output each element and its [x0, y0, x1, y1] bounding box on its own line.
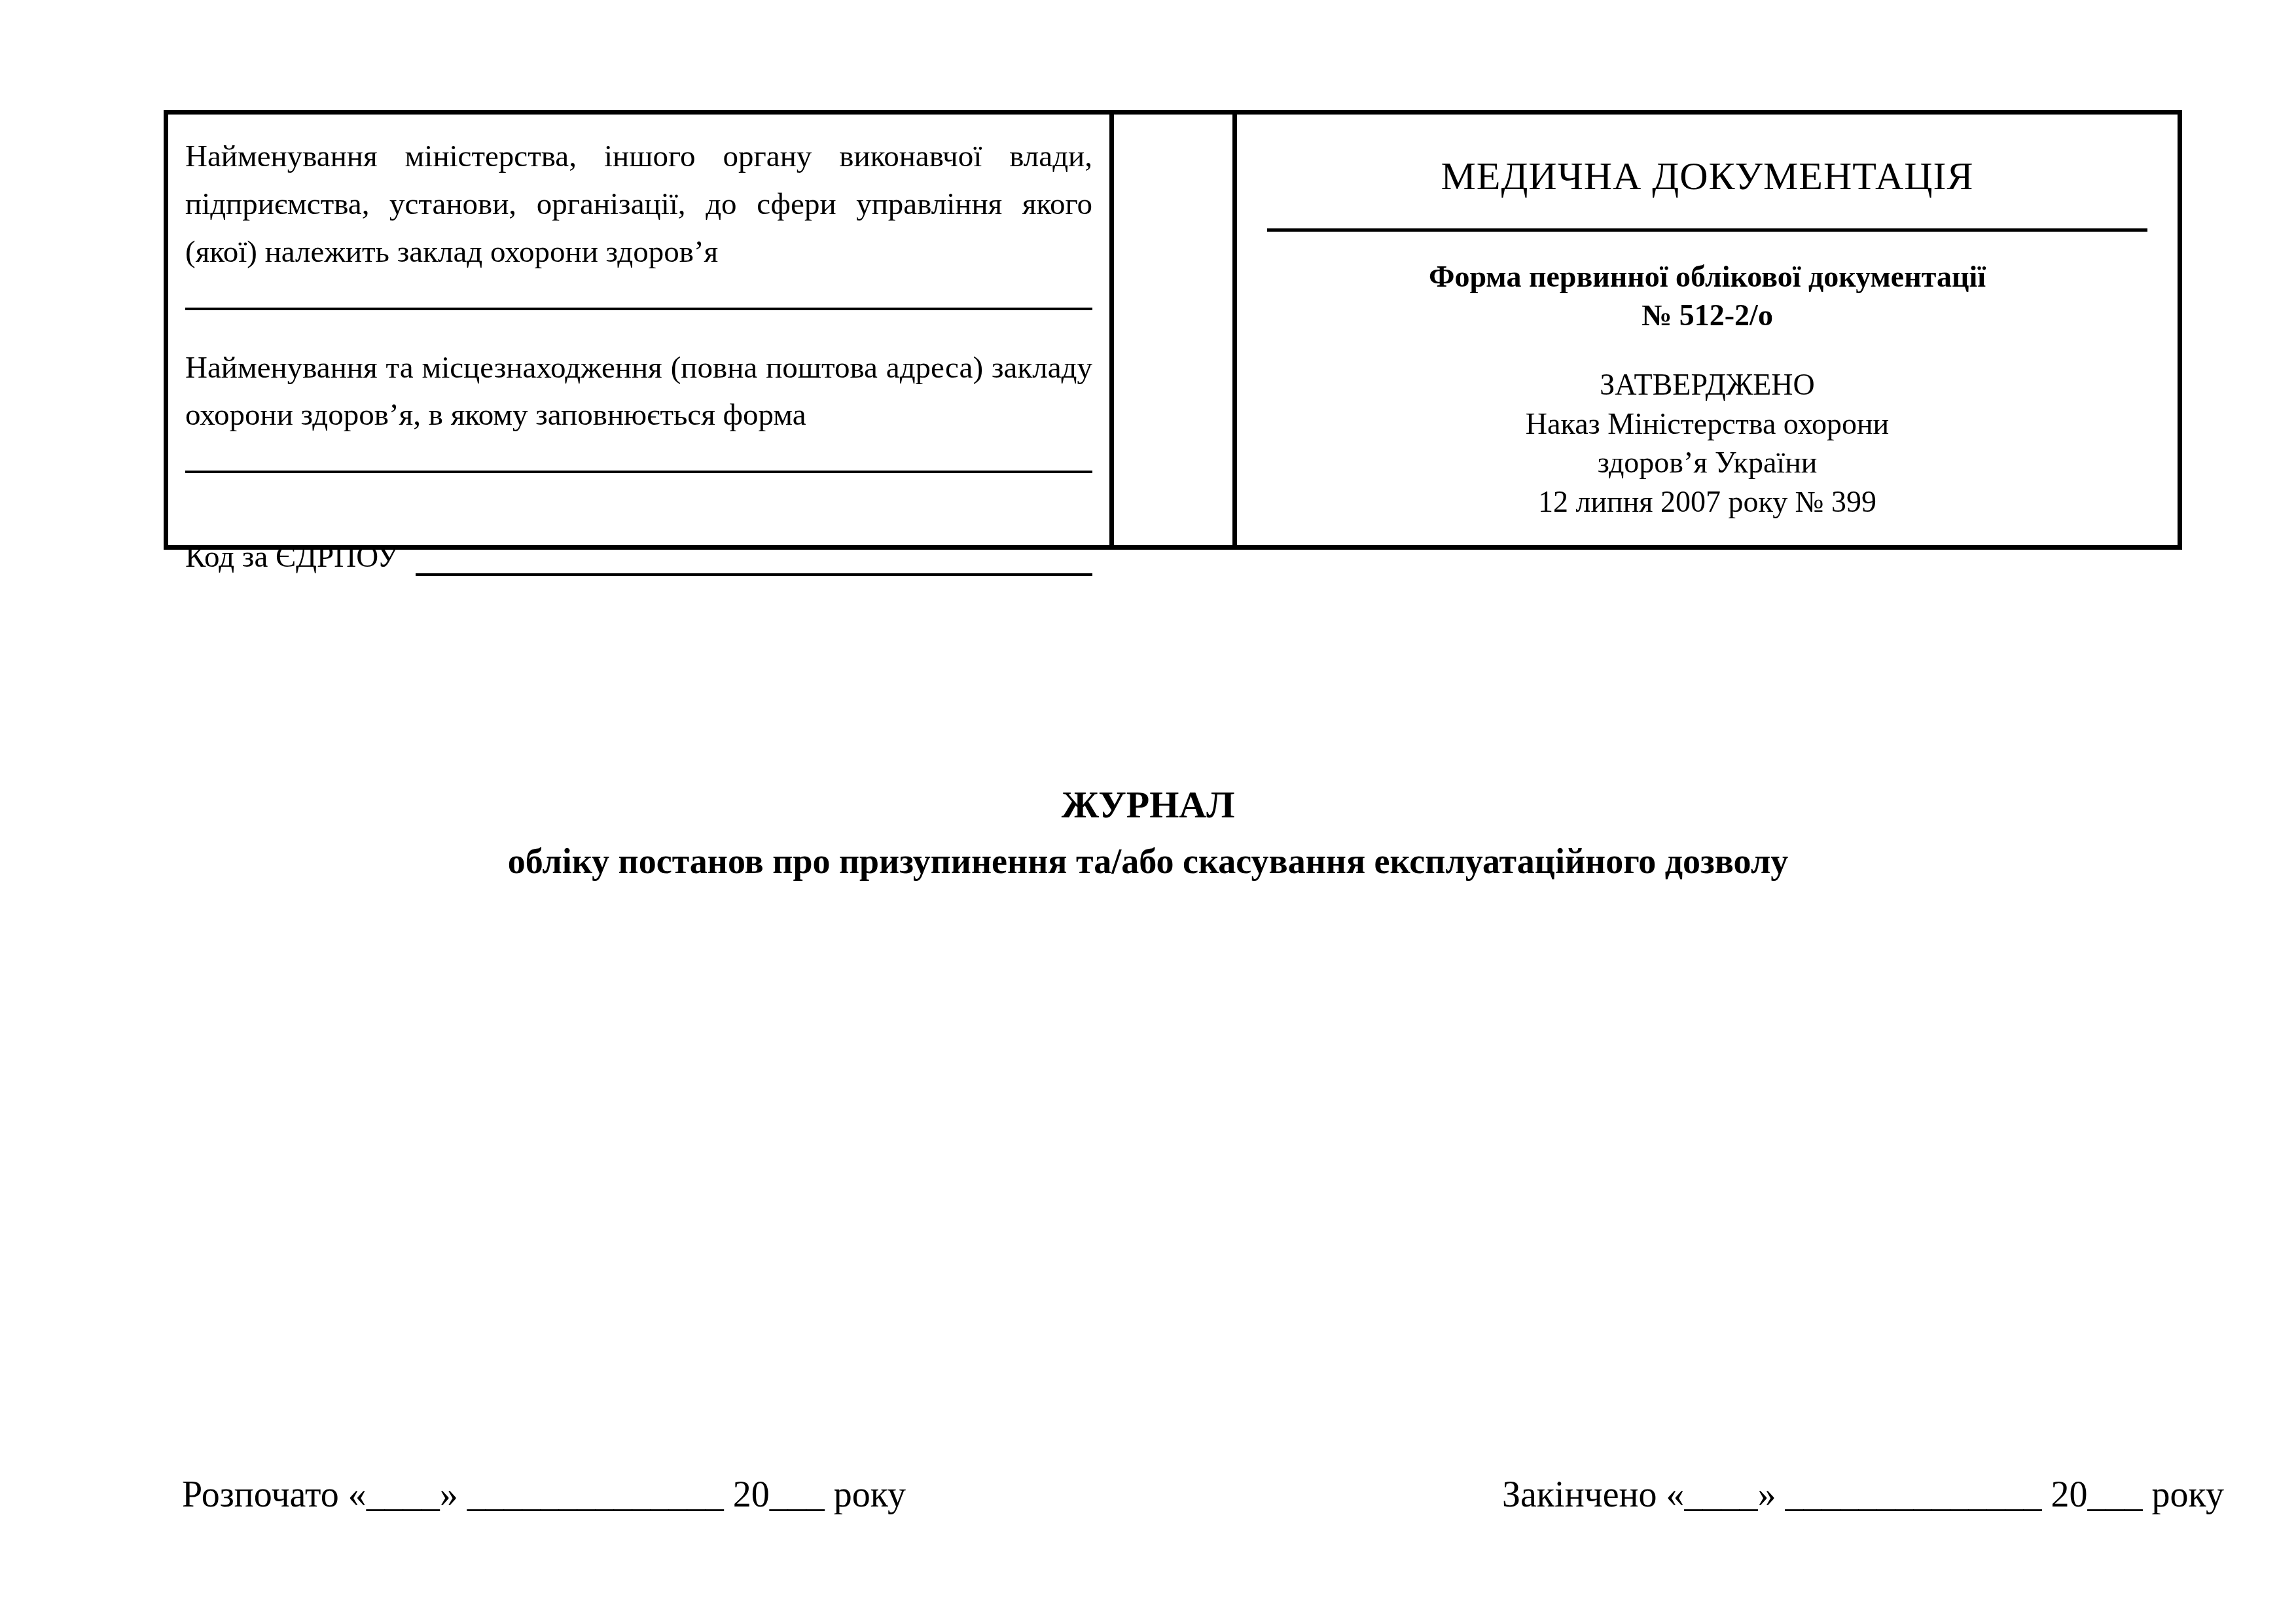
spacer [185, 310, 1092, 344]
facility-paragraph: Найменування та місцезнаходження (повна … [185, 344, 1092, 440]
issuer-info-cell: Найменування міністерства, іншого органу… [168, 115, 1114, 545]
title-divider-line [1267, 228, 2147, 232]
approved-label: ЗАТВЕРДЖЕНО [1263, 365, 2151, 404]
order-line-2: здоров’я України [1263, 443, 2151, 482]
footer-dates-row: Розпочато «____» ______________ 20___ ро… [182, 1474, 2224, 1516]
order-line-1: Наказ Міністерства охорони [1263, 404, 2151, 444]
edrpou-blank-line [416, 573, 1092, 576]
form-info-cell: МЕДИЧНА ДОКУМЕНТАЦІЯ Форма первинної обл… [1237, 115, 2178, 545]
started-date-line: Розпочато «____» ______________ 20___ ро… [182, 1474, 906, 1516]
form-type-line: Форма первинної облікової документації [1263, 258, 2151, 296]
document-page: Найменування міністерства, іншого органу… [0, 0, 2296, 1623]
ministry-paragraph: Найменування міністерства, іншого органу… [185, 133, 1092, 276]
journal-title: ЖУРНАЛ [0, 783, 2296, 827]
finished-date-line: Закінчено «____» ______________ 20___ ро… [1502, 1474, 2224, 1516]
medical-documentation-title: МЕДИЧНА ДОКУМЕНТАЦІЯ [1263, 152, 2151, 200]
empty-spacer-cell [1114, 115, 1237, 545]
edrpou-row: Код за ЄДРПОУ [185, 533, 1092, 581]
form-number-line: № 512-2/о [1263, 296, 2151, 335]
order-line-3: 12 липня 2007 року № 399 [1263, 482, 2151, 522]
journal-subtitle: обліку постанов про призупинення та/або … [0, 841, 2296, 882]
facility-blank-line [185, 471, 1092, 473]
header-table: Найменування міністерства, іншого органу… [164, 110, 2182, 550]
journal-title-block: ЖУРНАЛ обліку постанов про призупинення … [0, 783, 2296, 882]
approval-block: ЗАТВЕРДЖЕНО Наказ Міністерства охорони з… [1263, 365, 2151, 522]
edrpou-label: Код за ЄДРПОУ [185, 533, 399, 581]
